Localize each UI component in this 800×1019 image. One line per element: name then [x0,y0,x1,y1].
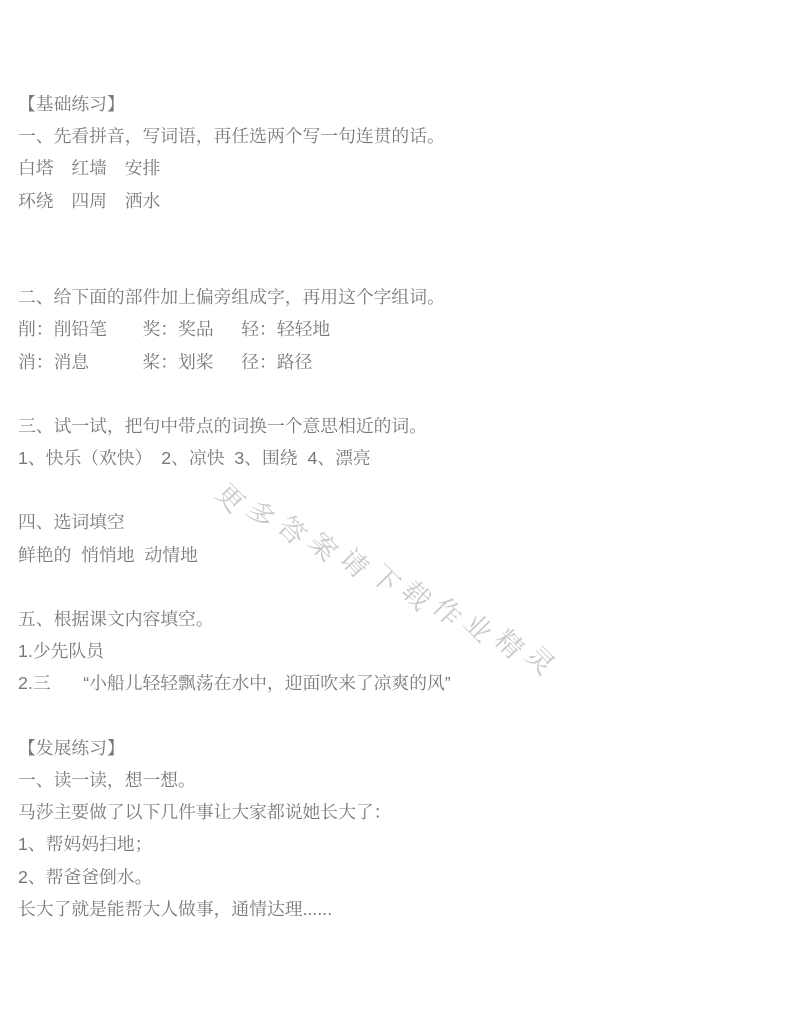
answer-row: 削：削铅笔 奖：奖品 轻：轻轻地 [18,313,790,345]
answer-row: 消：消息 桨：划桨 径：路径 [18,346,790,378]
word-row: 环绕 四周 洒水 [18,185,790,217]
answer-row: 1、帮妈妈扫地； [18,828,790,860]
blank-line [18,700,790,732]
exercise-2-prompt: 二、给下面的部件加上偏旁组成字，再用这个字组词。 [18,281,790,313]
answer-row: 2、帮爸爸倒水。 [18,861,790,893]
word-row: 白塔 红墙 安排 [18,152,790,184]
question-text: 马莎主要做了以下几件事让大家都说她长大了： [18,796,790,828]
blank-line [18,474,790,506]
exercise-1-prompt: 一、读一读，想一想。 [18,764,790,796]
answer-row: 长大了就是能帮大人做事，通情达理...... [18,893,790,925]
section-heading-development-practice: 【发展练习】 [18,732,790,764]
exercise-1-prompt: 一、先看拼音，写词语，再任选两个写一句连贯的话。 [18,120,790,152]
exercise-4-prompt: 四、选词填空 [18,506,790,538]
blank-line [18,571,790,603]
document-body: 【基础练习】一、先看拼音，写词语，再任选两个写一句连贯的话。白塔 红墙 安排环绕… [18,88,790,925]
exercise-5-prompt: 五、根据课文内容填空。 [18,603,790,635]
exercise-3-prompt: 三、试一试，把句中带点的词换一个意思相近的词。 [18,410,790,442]
blank-line [18,378,790,410]
answer-row: 2.三 “小船儿轻轻飘荡在水中，迎面吹来了凉爽的风” [18,667,790,699]
blank-line [18,249,790,281]
answer-row: 1.少先队员 [18,635,790,667]
worksheet-page: { "page": { "background": "#ffffff", "te… [0,0,800,1019]
blank-line [18,217,790,249]
answer-row: 鲜艳的 悄悄地 动情地 [18,539,790,571]
section-heading-basic-practice: 【基础练习】 [18,88,790,120]
answer-row: 1、快乐（欢快） 2、凉快 3、围绕 4、漂亮 [18,442,790,474]
